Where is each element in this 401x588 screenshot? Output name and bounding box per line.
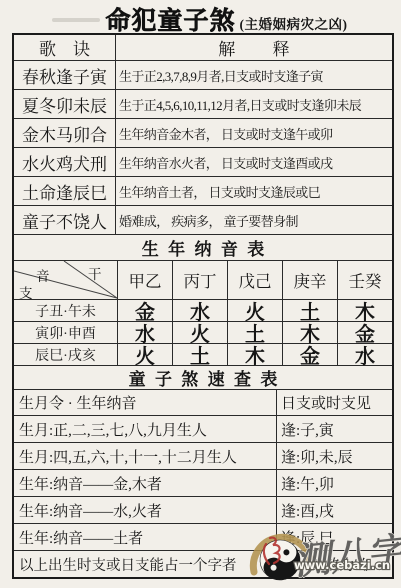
verse-row: 水火鸡犬刑 生年纳音水火者， 日支或时支逢酉或戌 [14, 148, 392, 177]
nayin-value: 木 [228, 344, 283, 365]
nayin-col-header: 丙丁 [173, 261, 228, 299]
footer-note-row: 以上出生时支或日支能占一个字者 关煞为凶 [14, 551, 392, 577]
nayin-col-header: 庚辛 [283, 261, 338, 299]
explain-cell: 生于正4,5,6,10,11,12月者,日支或时支逢卯未辰 [116, 90, 392, 118]
verse-header-col2: 解释 [116, 35, 392, 60]
explain-cell: 生年纳音土者， 日支或时支逢辰或巳 [116, 177, 392, 205]
verse-cell: 夏冬卯未辰 [14, 90, 116, 118]
quick-right-cell: 逢:子,寅 [277, 416, 392, 442]
quick-right-cell: 逢:酉,戌 [277, 497, 392, 523]
nayin-table-title-row: 生年纳音表 [14, 235, 392, 261]
nayin-row-label: 子丑·午未 [14, 300, 118, 321]
quick-right-cell: 逢:卯,未,辰 [277, 443, 392, 469]
explain-cell: 生于正2,3,7,8,9月者,日支或时支逢子寅 [116, 61, 392, 89]
nayin-value: 土 [173, 344, 228, 365]
nayin-row: 辰巳·戌亥 火 土 木 金 水 [14, 344, 392, 366]
page-title: 命犯童子煞(主婚姻病灾之凶) [0, 1, 401, 37]
nayin-row-label: 寅卯·申酉 [14, 322, 118, 343]
header-gejue: 歌诀 [22, 35, 107, 60]
quick-row: 生年:纳音——土者 逢:辰,巳 [14, 524, 392, 551]
corner-label-zhi: 支 [19, 282, 33, 302]
corner-label-yin: 音 [36, 265, 50, 285]
main-table: 歌诀 解释 春秋逢子寅 生于正2,3,7,8,9月者,日支或时支逢子寅 夏冬卯未… [12, 33, 394, 579]
verse-row: 夏冬卯未辰 生于正4,5,6,10,11,12月者,日支或时支逢卯未辰 [14, 90, 392, 119]
verse-cell: 水火鸡犬刑 [14, 148, 116, 176]
page-title-main: 命犯童子煞 [105, 6, 235, 35]
quick-header-left: 生月令 · 生年纳音 [14, 390, 277, 415]
quick-row: 生月:正,二,三,七,八,九月生人 逢:子,寅 [14, 416, 392, 443]
nayin-col-header: 甲乙 [118, 261, 173, 299]
quick-left-cell: 生年:纳音——土者 [14, 524, 277, 550]
scanned-document-page: { "title": { "main": "命犯童子煞", "subtitle"… [0, 0, 401, 588]
quick-row: 生年:纳音——水,火者 逢:酉,戌 [14, 497, 392, 524]
quick-left-cell: 生年:纳音——水,火者 [14, 497, 277, 523]
quick-left-cell: 生月:正,二,三,七,八,九月生人 [14, 416, 277, 442]
nayin-value: 水 [338, 344, 392, 365]
explain-cell: 生年纳音水火者， 日支或时支逢酉或戌 [116, 148, 392, 176]
quick-row: 生年:纳音——金,木者 逢:午,卯 [14, 470, 392, 497]
verse-header-col1: 歌诀 [14, 35, 116, 60]
nayin-header-row: 音 干 支 甲乙 丙丁 戊己 庚辛 壬癸 [14, 261, 392, 300]
nayin-col-header: 壬癸 [338, 261, 392, 299]
quick-table-title-row: 童子煞速查表 [14, 366, 392, 390]
nayin-corner-cell: 音 干 支 [14, 261, 118, 299]
footer-note-left: 以上出生时支或日支能占一个字者 [19, 554, 237, 575]
verse-header-row: 歌诀 解释 [14, 35, 392, 61]
quick-header-row: 生月令 · 生年纳音 日支或时支见 [14, 390, 392, 416]
verse-cell: 春秋逢子寅 [14, 61, 116, 89]
page-title-subtitle: (主婚姻病灾之凶) [240, 17, 348, 32]
quick-right-cell: 逢:辰,巳 [277, 524, 392, 550]
verse-row: 春秋逢子寅 生于正2,3,7,8,9月者,日支或时支逢子寅 [14, 61, 392, 90]
verse-cell: 童子不饶人 [14, 206, 116, 234]
quick-row: 生月:四,五,六,十,十一,十二月生人 逢:卯,未,辰 [14, 443, 392, 470]
nayin-value: 火 [118, 344, 173, 365]
nayin-table-title: 生年纳音表 [132, 235, 273, 260]
verse-row: 金木马卯合 生年纳音金木者， 日支或时支逢午或卯 [14, 119, 392, 148]
quick-header-right: 日支或时支见 [277, 390, 392, 415]
quick-table-title: 童子煞速查表 [119, 365, 286, 390]
verse-cell: 金木马卯合 [14, 119, 116, 147]
explain-cell: 生年纳音金木者， 日支或时支逢午或卯 [116, 119, 392, 147]
footer-note-right: 关煞为凶 [311, 554, 369, 575]
header-jieshi: 解释 [181, 35, 327, 60]
verse-cell: 土命逢辰巳 [14, 177, 116, 205]
quick-right-cell: 逢:午,卯 [277, 470, 392, 496]
quick-left-cell: 生年:纳音——金,木者 [14, 470, 277, 496]
nayin-value: 金 [283, 344, 338, 365]
nayin-row-label: 辰巳·戌亥 [14, 344, 118, 365]
nayin-col-header: 戊己 [228, 261, 283, 299]
corner-label-gan: 干 [88, 263, 102, 283]
explain-cell: 婚难成， 疾病多， 童子要替身制 [116, 206, 392, 234]
verse-row: 土命逢辰巳 生年纳音土者， 日支或时支逢辰或巳 [14, 177, 392, 206]
quick-left-cell: 生月:四,五,六,十,十一,十二月生人 [14, 443, 277, 469]
verse-row: 童子不饶人 婚难成， 疾病多， 童子要替身制 [14, 206, 392, 235]
